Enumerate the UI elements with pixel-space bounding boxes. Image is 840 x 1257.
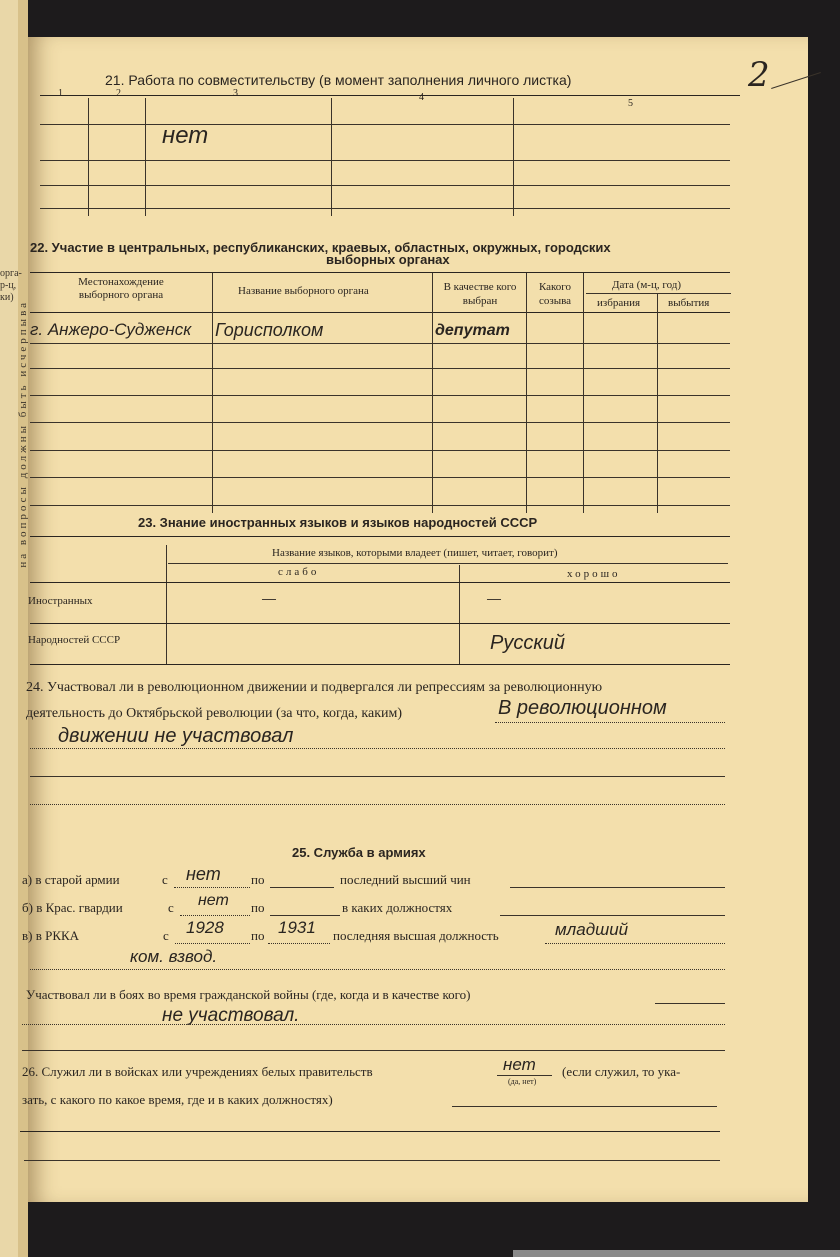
s21-row-line	[40, 124, 730, 125]
s25-a-from-line	[174, 887, 250, 888]
s21-col-5: 5	[628, 98, 633, 109]
s22-header-date: Дата (м-ц, год)	[612, 279, 681, 291]
s23-top-rule	[30, 536, 730, 537]
s21-row-line	[40, 160, 730, 161]
s23-row-ussr-good: Русский	[490, 632, 565, 655]
s25-c-to: 1931	[278, 918, 316, 938]
s24-line	[30, 804, 725, 805]
margin-stub-3: ки)	[0, 292, 14, 303]
s24-answer-part2: движении не участвовал	[58, 725, 293, 748]
s21-vline	[513, 98, 514, 216]
s23-rule	[30, 582, 730, 583]
s24-line	[30, 748, 725, 749]
s22-header-role: В качестве кого выбран	[436, 280, 524, 308]
s21-answer: нет	[162, 122, 208, 150]
s22-row-line	[30, 368, 730, 369]
s22-row-location: г. Анжеро-Судженск	[30, 320, 191, 340]
s25-b-extra-line	[500, 915, 725, 916]
s23-row-foreign-weak: —	[262, 590, 276, 606]
s21-vline	[145, 98, 146, 216]
s23-bottom-rule	[30, 664, 730, 665]
s22-row-line	[30, 422, 730, 423]
s24-line	[495, 722, 725, 723]
s21-top-rule	[40, 95, 740, 96]
s26-question-part1: 26. Служил ли в войсках или учреждениях …	[22, 1064, 373, 1080]
s25-b-label: б) в Крас. гвардии	[22, 900, 123, 916]
s22-header-retired: выбытия	[668, 297, 709, 309]
s23-vline	[459, 565, 460, 665]
s21-col-1: 1	[58, 88, 63, 99]
s25-a-extra-line	[510, 887, 725, 888]
s22-row-line	[30, 505, 730, 506]
s22-header-convocation: Какого созыва	[530, 280, 580, 308]
s22-row-role: депутат	[435, 322, 510, 340]
s23-weak-header: слабо	[278, 566, 319, 578]
s22-title-line1: 22. Участие в центральных, республиканск…	[30, 240, 611, 255]
s24-line	[30, 776, 725, 777]
s25-c-from-line	[175, 943, 250, 944]
s25-b-from-line	[180, 915, 250, 916]
s21-vline	[331, 98, 332, 216]
s25-a-from-label: с	[162, 872, 168, 888]
s23-good-header: хорошо	[567, 568, 621, 580]
s25-line	[22, 1024, 725, 1025]
s25-c-line	[30, 969, 725, 970]
s21-row-line	[40, 185, 730, 186]
page-number: 2	[748, 55, 770, 95]
s23-row-foreign-label: Иностранных	[28, 595, 92, 607]
s22-header-name: Название выборного органа	[238, 285, 369, 297]
s25-b-from-label: с	[168, 900, 174, 916]
s25-c-extra-label: последняя высшая должность	[333, 928, 499, 944]
s22-row-line	[30, 477, 730, 478]
s22-top-rule	[30, 272, 730, 273]
s25-line	[22, 1050, 725, 1051]
s23-header-split	[168, 563, 728, 564]
s24-question-line1: 24. Участвовал ли в революционном движен…	[26, 680, 602, 696]
s22-row-line	[30, 395, 730, 396]
s26-answer: нет	[503, 1055, 536, 1075]
s25-a-label: а) в старой армии	[22, 872, 120, 888]
s25-c-label: в) в РККА	[22, 928, 79, 944]
s26-question-part2: (если служил, то ука-	[562, 1064, 680, 1080]
s26-line	[452, 1106, 717, 1107]
s25-title: 25. Служба в армиях	[292, 845, 426, 860]
s23-row-foreign-good: —	[487, 590, 501, 606]
s25-c-to-line	[268, 943, 330, 944]
s22-row-line	[30, 343, 730, 344]
s25-b-to-label: по	[251, 900, 264, 916]
s21-col-4: 4	[419, 92, 424, 103]
s26-line	[24, 1160, 720, 1161]
margin-stub-1: орга-	[0, 268, 22, 279]
s25-c-from-label: с	[163, 928, 169, 944]
s21-row-line	[40, 208, 730, 209]
viewer-scrollbar[interactable]	[513, 1250, 840, 1257]
s23-row-ussr-label: Народностей СССР	[28, 634, 120, 646]
s25-c-extra-line	[545, 943, 725, 944]
s24-question-line2: деятельность до Октябрьской революции (з…	[26, 706, 402, 722]
s21-col-2: 2	[116, 88, 121, 99]
s26-question-line2: зать, с какого по какое время, где и в к…	[22, 1092, 333, 1108]
s21-title: 21. Работа по совместительству (в момент…	[105, 72, 571, 88]
s25-c-extra-part2: ком. взвод.	[130, 947, 217, 967]
s21-vline	[88, 98, 89, 216]
s25-a-to-line	[270, 887, 334, 888]
s25-a-extra-label: последний высший чин	[340, 872, 471, 888]
s25-a-to-label: по	[251, 872, 264, 888]
s21-col-3: 3	[233, 88, 238, 99]
s26-answer-line	[497, 1075, 552, 1076]
s23-title: 23. Знание иностранных языков и языков н…	[138, 515, 537, 530]
s22-vline	[657, 293, 658, 513]
s25-c-from: 1928	[186, 918, 224, 938]
s23-header: Название языков, которыми владеет (пишет…	[272, 547, 558, 559]
s22-row-name: Горисполком	[215, 320, 323, 341]
s23-vline	[166, 545, 167, 665]
s24-answer-part1: В революционном	[498, 697, 667, 720]
s26-answer-hint: (да, нет)	[508, 1077, 536, 1086]
s22-header-location: Местонахождение выборного органа	[66, 276, 176, 302]
s25-civil-war-line	[655, 1003, 725, 1004]
s23-rule	[30, 623, 730, 624]
s22-row-line	[30, 450, 730, 451]
s25-civil-war-question: Участвовал ли в боях во время гражданско…	[26, 987, 470, 1003]
s25-b-to-line	[270, 915, 340, 916]
s26-line	[20, 1131, 720, 1132]
s25-c-extra-part1: младший	[555, 920, 628, 940]
s25-b-extra-label: в каких должностях	[342, 900, 452, 916]
margin-vertical-text: на вопросы должны быть исчерпыва	[17, 300, 27, 568]
s22-header-rule	[30, 312, 730, 313]
s22-title-line2: выборных органах	[326, 252, 450, 267]
s25-a-from: нет	[186, 864, 221, 885]
s25-c-to-label: по	[251, 928, 264, 944]
s22-date-split	[586, 293, 731, 294]
s25-b-from: нет	[198, 892, 229, 910]
margin-stub-2: р-ц,	[0, 280, 16, 291]
s22-header-elected: избрания	[597, 297, 640, 309]
